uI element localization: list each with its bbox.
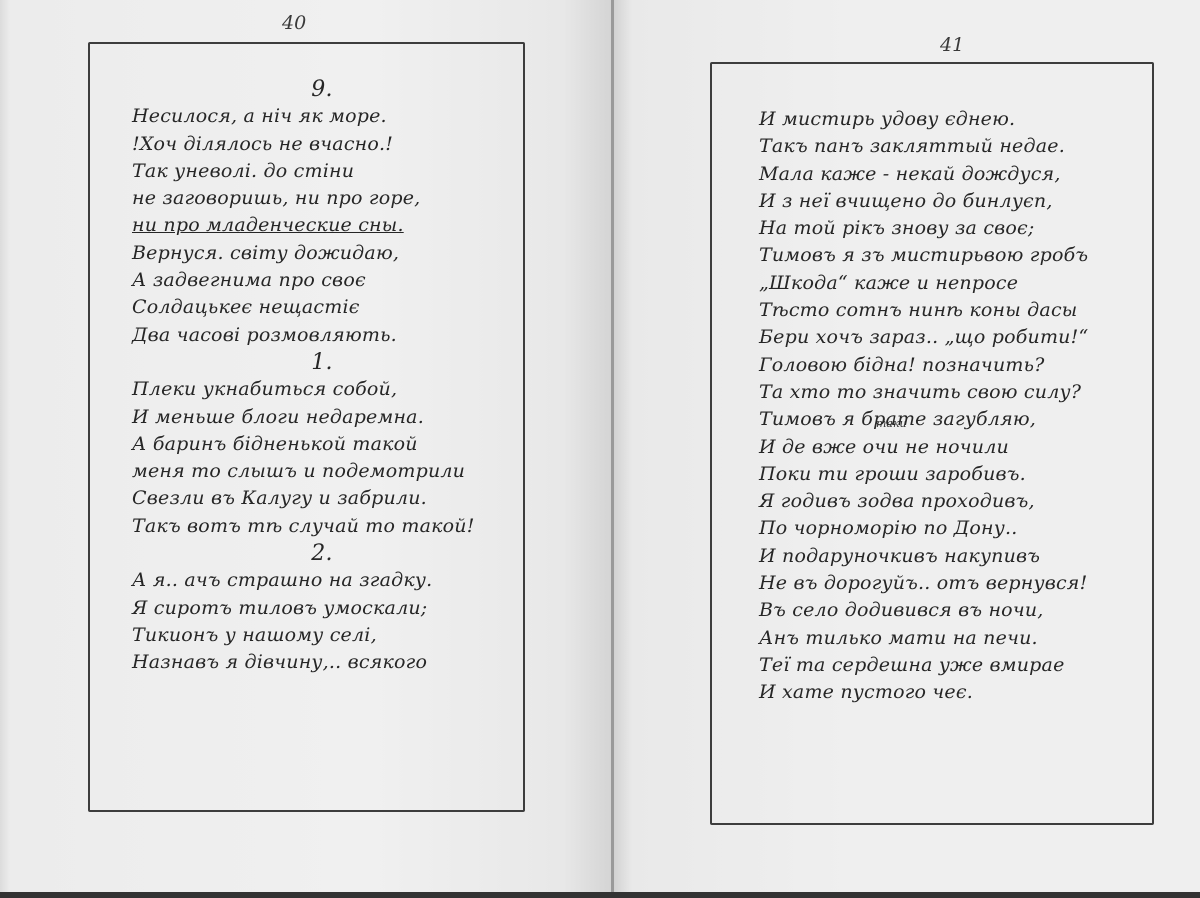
scan-bottom-edge [0,892,1200,898]
verse-line: И мистирь удову єднею. [759,106,1151,133]
verse-line: „Шкода“ каже и непросе [759,270,1151,297]
verse-line: Анъ тилько мати на печи. [759,625,1151,652]
verse-line: Свезли въ Калугу и забрили. [132,485,512,512]
verse-line: А задвегнима про своє [132,267,512,294]
verse-line: И хате пустого чеє. [759,679,1151,706]
verse-line: Бери хочъ зараз.. „що робити!“ [759,324,1151,351]
verse-line: Так уневолі. до стіни [132,158,512,185]
book-spread: 40 9.Несилося, а ніч як море.!Хоч діляло… [0,0,1200,892]
verse-line: И де вже очи не ночили [759,434,1151,461]
right-page: 41 таки И мистирь удову єднею.Такъ панъ … [614,0,1200,892]
verse-line: Въ село додивився въ ночи, [759,597,1151,624]
stanza-number: 9. [132,76,512,103]
verse-line: Головою бідна! позначить? [759,352,1151,379]
verse-line: Я годивъ зодва проходивъ, [759,488,1151,515]
verse-line: Поки ти гроши заробивъ. [759,461,1151,488]
verse-line: Тимовъ я брате загубляю, [759,406,1151,433]
stanza-number: 1. [132,349,512,376]
verse-line: По чорноморію по Дону.. [759,515,1151,542]
verse-line: Не въ дорогуйъ.. отъ вернувся! [759,570,1151,597]
verse-line: Такъ панъ закляттый недае. [759,133,1151,160]
verse-line: А я.. ачъ страшно на згадку. [132,567,512,594]
verse-line: Я сиротъ тиловъ умоскали; [132,595,512,622]
verse-line: И меньше блоги недаремна. [132,404,512,431]
verse-line: И подаруночкивъ накупивъ [759,543,1151,570]
verse-line: Вернуся. світу дожидаю, [132,240,512,267]
verse-line: Такъ вотъ тѣ случай то такой! [132,513,512,540]
verse-line: На той рікъ знову за своє; [759,215,1151,242]
verse-line: Несилося, а ніч як море. [132,103,512,130]
verse-line: А баринъ бідненькой такой [132,431,512,458]
verse-line: меня то слышъ и подемотрили [132,458,512,485]
verse-line: Тикионъ у нашому селі, [132,622,512,649]
verse-line: Мала каже - некай дождуся, [759,161,1151,188]
page-number-left: 40 [282,12,306,34]
verse-line: ни про младенческие сны. [132,212,512,239]
verse-line: Тимовъ я зъ мистирьвою гробъ [759,242,1151,269]
verse-line: И з неї вчищено до бинлуєп, [759,188,1151,215]
verse-line: Теї та сердешна уже вмирае [759,652,1151,679]
stanza-number: 2. [132,540,512,567]
verse-line: Та хто то значить свою силу? [759,379,1151,406]
right-page-verse: И мистирь удову єднею.Такъ панъ заклятты… [759,106,1151,707]
left-page-verse: 9.Несилося, а ніч як море.!Хоч ділялось … [132,76,512,677]
verse-line: Солдацькеє нещастіє [132,294,512,321]
left-page: 40 9.Несилося, а ніч як море.!Хоч діляло… [0,0,612,892]
verse-line: не заговоришь, ни про горе, [132,185,512,212]
verse-line: !Хоч ділялось не вчасно.! [132,131,512,158]
verse-line: Назнавъ я дівчину,.. всякого [132,649,512,676]
verse-line: Два часові розмовляють. [132,322,512,349]
verse-line: Плеки укнабиться собой, [132,376,512,403]
verse-line: Тѣсто сотнъ нинѣ коны дасы [759,297,1151,324]
page-number-right: 41 [940,34,964,56]
